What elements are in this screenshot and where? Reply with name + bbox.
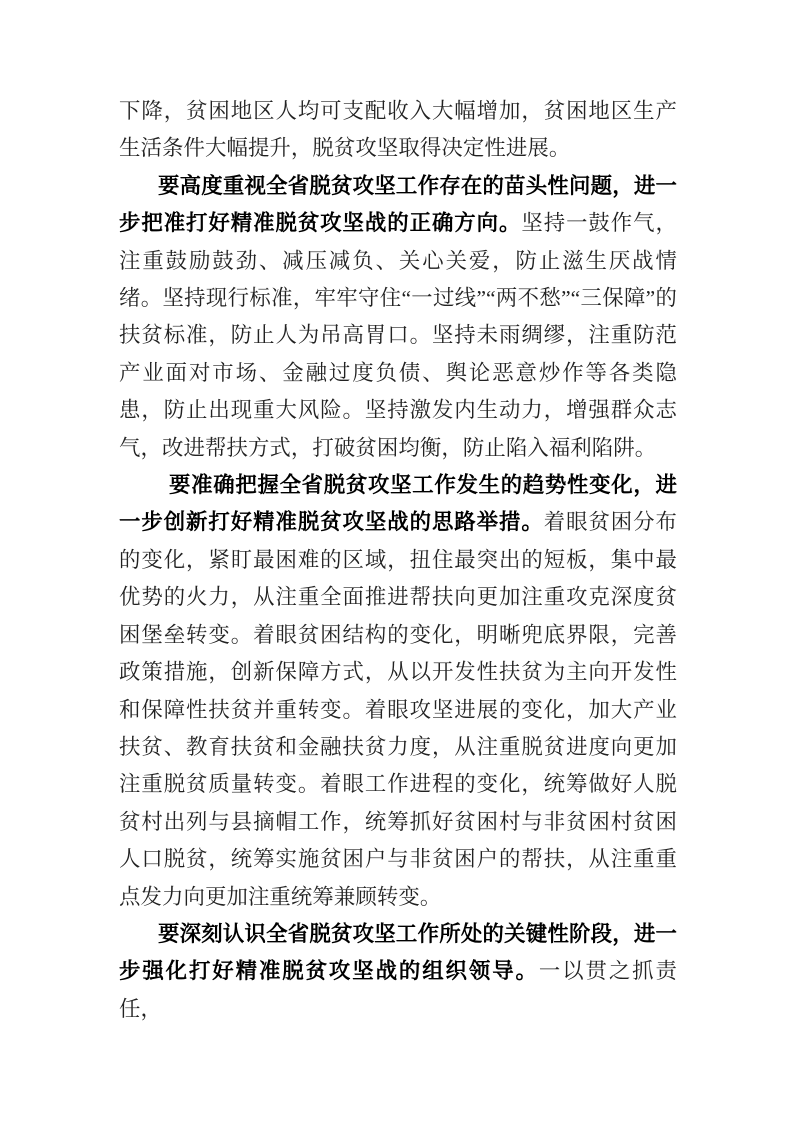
paragraph: 要准确把握全省脱贫攻坚工作发生的趋势性变化，进一步创新打好精准脱贫攻坚战的思路举…: [119, 467, 677, 916]
paragraph: 下降，贫困地区人均可支配收入大幅增加，贫困地区生产生活条件大幅提升，脱贫攻坚取得…: [119, 93, 677, 168]
paragraph-text: 坚持一鼓作气，注重鼓励鼓劲、减压减负、关心关爱，防止滋生厌战情绪。坚持现行标准，…: [119, 211, 677, 459]
paragraph: 要深刻认识全省脱贫攻坚工作所处的关键性阶段，进一步强化打好精准脱贫攻坚战的组织领…: [119, 916, 677, 1028]
document-body: 下降，贫困地区人均可支配收入大幅增加，贫困地区生产生活条件大幅提升，脱贫攻坚取得…: [119, 93, 677, 1028]
paragraph-text: 下降，贫困地区人均可支配收入大幅增加，贫困地区生产生活条件大幅提升，脱贫攻坚取得…: [119, 99, 677, 160]
document-page: 下降，贫困地区人均可支配收入大幅增加，贫困地区生产生活条件大幅提升，脱贫攻坚取得…: [0, 0, 793, 1122]
paragraph: 要高度重视全省脱贫攻坚工作存在的苗头性问题，进一步把准打好精准脱贫攻坚战的正确方…: [119, 168, 677, 467]
paragraph-text: 着眼贫困分布的变化，紧盯最困难的区域，扭住最突出的短板，集中最优势的火力，从注重…: [119, 510, 677, 908]
